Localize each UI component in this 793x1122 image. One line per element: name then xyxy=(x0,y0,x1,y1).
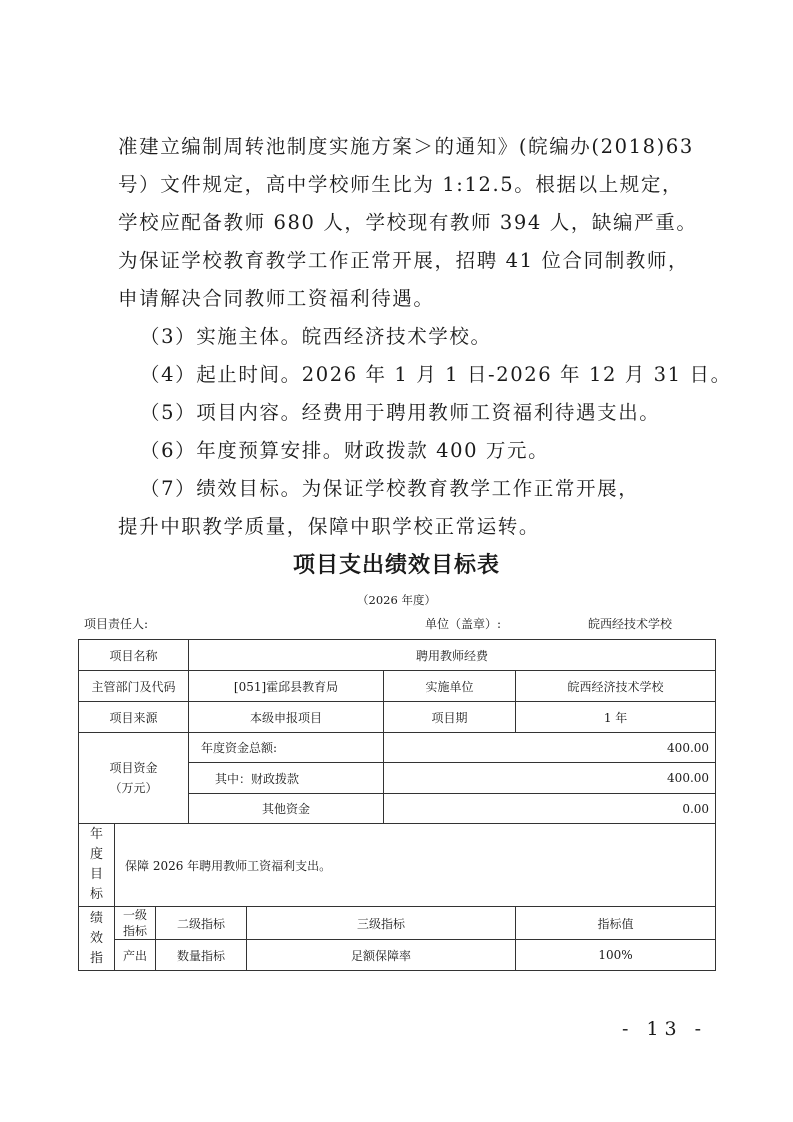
header-level2: 二级指标 xyxy=(156,907,247,940)
item-content: （5）项目内容。经费用于聘用教师工资福利待遇支出。 xyxy=(140,394,700,432)
perf-level2: 数量指标 xyxy=(156,940,247,971)
funds-label-line1: 项目资金 xyxy=(79,758,188,778)
header-level1: 一级 指标 xyxy=(115,907,156,940)
perf-value: 100% xyxy=(516,940,716,971)
funds-other-value: 0.00 xyxy=(384,794,716,824)
perf-level1: 产出 xyxy=(115,940,156,971)
funds-total-value: 400.00 xyxy=(384,733,716,763)
unit-stamp-label: 单位（盖章）: xyxy=(425,615,501,632)
impl-unit-value: 皖西经济技术学校 xyxy=(516,671,716,702)
unit-value: 皖西经技术学校 xyxy=(588,615,672,632)
annual-goal-label: 年 度 目 标 xyxy=(79,824,115,907)
paragraph-line: 为保证学校教育教学工作正常开展，招聘 41 位合同制教师， xyxy=(118,242,678,280)
label-char: 目 xyxy=(79,865,114,885)
table-row: 项目来源 本级申报项目 项目期 1 年 xyxy=(79,702,716,733)
item-goal: （7）绩效目标。为保证学校教育教学工作正常开展， xyxy=(140,470,700,508)
item-period: （4）起止时间。2026 年 1 月 1 日-2026 年 12 月 31 日。 xyxy=(140,356,700,394)
dept-label: 主管部门及代码 xyxy=(79,671,189,702)
item-implementing-entity: （3）实施主体。皖西经济技术学校。 xyxy=(140,318,700,356)
funds-total-label: 年度资金总额: xyxy=(189,733,384,763)
responsible-person-label: 项目责任人: xyxy=(84,615,148,632)
table-row: 年 度 目 标 保障 2026 年聘用教师工资福利支出。 xyxy=(79,824,716,907)
table-row: 主管部门及代码 [051]霍邱县教育局 实施单位 皖西经济技术学校 xyxy=(79,671,716,702)
source-label: 项目来源 xyxy=(79,702,189,733)
source-value: 本级申报项目 xyxy=(189,702,384,733)
label-char: 效 xyxy=(79,929,114,949)
impl-unit-label: 实施单位 xyxy=(384,671,516,702)
period-value: 1 年 xyxy=(516,702,716,733)
funds-label-line2: （万元） xyxy=(79,778,188,798)
table-subtitle: （2026 年度） xyxy=(0,592,793,608)
label-char: 绩 xyxy=(79,909,114,929)
table-row: 项目资金 （万元） 年度资金总额: 400.00 xyxy=(79,733,716,763)
header-value: 指标值 xyxy=(516,907,716,940)
header-char: 一级 xyxy=(115,907,155,923)
perf-indicator-label: 绩 效 指 xyxy=(79,907,115,971)
funds-fiscal-value: 400.00 xyxy=(384,763,716,794)
funds-label: 项目资金 （万元） xyxy=(79,733,189,824)
paragraph-line: 学校应配备教师 680 人，学校现有教师 394 人，缺编严重。 xyxy=(118,204,678,242)
period-label: 项目期 xyxy=(384,702,516,733)
page-number: - 13 - xyxy=(622,1018,707,1040)
label-char: 指 xyxy=(79,949,114,969)
table-row: 绩 效 指 一级 指标 二级指标 三级指标 指标值 xyxy=(79,907,716,940)
performance-goal-table: 项目名称 聘用教师经费 主管部门及代码 [051]霍邱县教育局 实施单位 皖西经… xyxy=(78,639,716,971)
funds-fiscal-label: 其中：财政拨款 xyxy=(189,763,384,794)
perf-level3: 足额保障率 xyxy=(247,940,516,971)
label-char: 度 xyxy=(79,845,114,865)
item-budget: （6）年度预算安排。财政拨款 400 万元。 xyxy=(140,432,700,470)
table-row: 产出 数量指标 足额保障率 100% xyxy=(79,940,716,971)
project-name-label: 项目名称 xyxy=(79,640,189,671)
label-char: 标 xyxy=(79,885,114,905)
header-char: 指标 xyxy=(115,923,155,939)
table-row: 项目名称 聘用教师经费 xyxy=(79,640,716,671)
table-title: 项目支出绩效目标表 xyxy=(0,548,793,579)
label-char: 年 xyxy=(79,825,114,845)
paragraph-line: 号）文件规定，高中学校师生比为 1:12.5。根据以上规定， xyxy=(118,166,678,204)
paragraph-line: 申请解决合同教师工资福利待遇。 xyxy=(118,280,678,318)
project-name-value: 聘用教师经费 xyxy=(189,640,716,671)
annual-goal-value: 保障 2026 年聘用教师工资福利支出。 xyxy=(115,824,716,907)
header-level3: 三级指标 xyxy=(247,907,516,940)
funds-other-label: 其他资金 xyxy=(189,794,384,824)
paragraph-line: 准建立编制周转池制度实施方案＞的通知》(皖编办(2018)63 xyxy=(118,128,678,166)
dept-value: [051]霍邱县教育局 xyxy=(189,671,384,702)
paragraph-line: 提升中职教学质量，保障中职学校正常运转。 xyxy=(118,508,678,546)
